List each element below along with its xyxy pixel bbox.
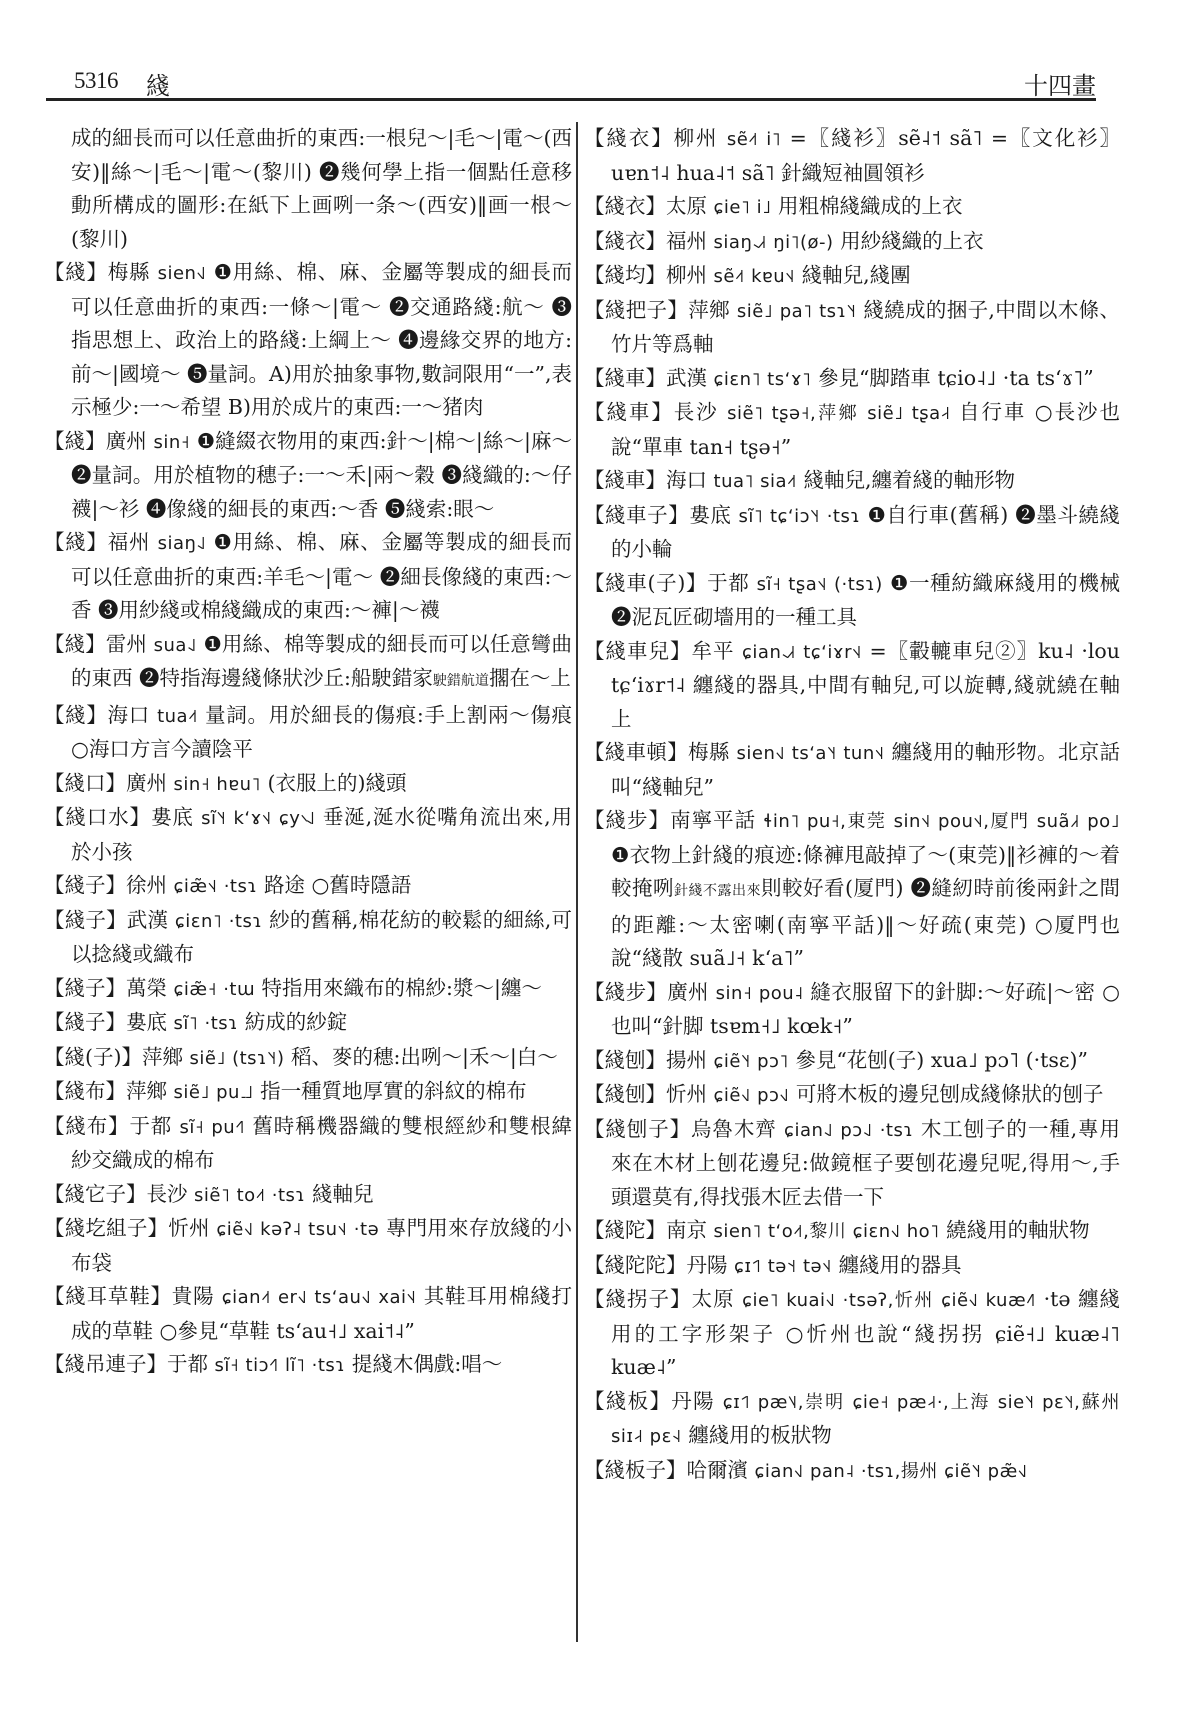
entry-dialect: 忻州 bbox=[666, 1082, 707, 1106]
dictionary-entry: 【綫(子)】萍鄉 siẽ˩ (tsɿ˥˧) 稻、麥的穗:出咧～|禾～|白～ bbox=[44, 1041, 572, 1076]
entry-pronunciation: sin˧ pou˨ bbox=[716, 983, 804, 1004]
entry-pronunciation: siẽ˩ pu˩˩ bbox=[174, 1082, 254, 1103]
entry-dialect: 萍鄉 bbox=[126, 1079, 167, 1103]
entry-headword: 【綫衣】 bbox=[584, 126, 674, 150]
entry-dialect: 福州 bbox=[108, 530, 151, 554]
entry-dialect: 婁底 bbox=[151, 805, 194, 829]
entry-headword: 【綫口】 bbox=[44, 771, 126, 795]
entry-pronunciation: siaŋ˨˩ bbox=[158, 533, 207, 554]
entry-definition: 綫軸兒 bbox=[312, 1182, 374, 1206]
entry-dialect: 柳州 bbox=[666, 263, 707, 287]
page-number: 5316 bbox=[74, 68, 118, 94]
entry-definition: 綫軸兒,纏着綫的軸形物 bbox=[803, 468, 1015, 492]
entry-headword: 【綫布】 bbox=[44, 1079, 126, 1103]
dictionary-entry: 【綫步】南寧平話 ɬin˥ pu˧,東莞 sin˦˨ pou˦˨,厦門 suã˩… bbox=[584, 804, 1120, 976]
entry-dialect: 廣州 bbox=[106, 429, 147, 453]
dictionary-entry: 【綫】廣州 sin˧ ❶縫綴衣物用的東西:針～|棉～|絲～|麻～ ❷量詞。用於植… bbox=[44, 425, 572, 527]
entry-headword: 【綫車頓】 bbox=[584, 740, 688, 764]
entry-definition: 可將木板的邊兒刨成綫條狀的刨子 bbox=[796, 1082, 1104, 1106]
entry-definition: 稻、麥的穗:出咧～|禾～|白～ bbox=[291, 1045, 558, 1069]
entry-headword: 【綫子】 bbox=[44, 976, 126, 1000]
entry-dialect: 于都 bbox=[707, 571, 749, 595]
entry-definition: 用粗棉綫織成的上衣 bbox=[778, 194, 963, 218]
entry-pronunciation: ɕɪ˦˥ tə˦˧ tə˦˨ bbox=[734, 1256, 832, 1277]
entry-headword: 【綫子】 bbox=[44, 908, 127, 932]
entry-dialect: 雷州 bbox=[106, 632, 147, 656]
dictionary-entry: 【綫耳草鞋】貴陽 ɕian˨˦ er˧˩ tsʻau˧˩ xai˦˨ 其鞋耳用棉… bbox=[44, 1280, 572, 1348]
entry-pronunciation: sĩ˧ tʂa˦˨ (·tsɿ) bbox=[757, 574, 883, 595]
entry-pronunciation: ɕian˨˦ er˧˩ tsʻau˧˩ xai˦˨ bbox=[222, 1287, 417, 1308]
entry-headword: 【綫步】 bbox=[584, 980, 667, 1004]
entry-definition: 路途 ○舊時隱語 bbox=[264, 873, 411, 897]
entry-dialect: 柳州 bbox=[674, 126, 719, 150]
entry-pronunciation: sĩ˧ tiɔ˧˥ lĩ˥ ·tsɿ bbox=[215, 1355, 346, 1376]
entry-headword: 【綫車兒】 bbox=[584, 639, 692, 663]
entry-pronunciation: siaŋ˨˩˧ ŋi˥(ø-) bbox=[714, 232, 834, 253]
entry-pronunciation: sĩ˥ tɕʻiɔ˥˧ ·tsɿ bbox=[738, 506, 860, 527]
entry-definition: 繞綫用的軸狀物 bbox=[946, 1218, 1090, 1242]
dictionary-entry: 【綫口水】婁底 sĩ˥˧ kʻɤ˦˨ ɕy˦˨˩ 垂涎,涎水從嘴角流出來,用於小… bbox=[44, 801, 572, 869]
dictionary-entry: 【綫車】武漢 ɕiɛn˥ tsʻɤ˥ 參見“脚踏車 tɕio˨˩ ·ta tsʻ… bbox=[584, 362, 1120, 397]
entry-dialect: 萍鄉 bbox=[142, 1045, 183, 1069]
dictionary-entry: 【綫布】萍鄉 siẽ˩ pu˩˩ 指一種質地厚實的斜紋的棉布 bbox=[44, 1075, 572, 1110]
entry-headword: 【綫車】 bbox=[584, 366, 666, 390]
entry-definition: 參見“脚踏車 tɕio˨˩ ·ta tsʻɤ˥” bbox=[818, 366, 1094, 390]
entry-inline-note: 駛錯航道 bbox=[433, 673, 489, 689]
entry-headword: 【綫布】 bbox=[44, 1114, 129, 1138]
dictionary-entry: 【綫車】長沙 siẽ˥ tʂə˧,萍鄉 siẽ˩ tʂa˨˧ 自行車 ○長沙也說… bbox=[584, 396, 1120, 464]
entry-definition: (衣服上的)綫頭 bbox=[267, 771, 406, 795]
entry-pronunciation: tua˥ sia˨˦ bbox=[714, 471, 797, 492]
entry-inline-note: 針綫不露出來 bbox=[674, 883, 761, 899]
entry-pronunciation: sĩ˥ ·tsɿ bbox=[174, 1013, 239, 1034]
entry-headword: 【綫(子)】 bbox=[44, 1045, 142, 1069]
entry-headword: 【綫車子】 bbox=[584, 503, 689, 527]
entry-dialect: 長沙 bbox=[674, 400, 719, 424]
dictionary-entry: 【綫吊連子】于都 sĩ˧ tiɔ˧˥ lĩ˥ ·tsɿ 提綫木偶戲:唱～ bbox=[44, 1348, 572, 1383]
entry-headword: 【綫步】 bbox=[584, 808, 670, 832]
entry-headword: 【綫圪組子】 bbox=[44, 1216, 168, 1240]
entry-definition: 參見“花刨(子) xua˩ pɔ˥ (·tsɛ)” bbox=[795, 1048, 1088, 1072]
entry-definition-tail: 擱在～上 bbox=[489, 666, 571, 690]
entry-headword: 【綫陀】 bbox=[584, 1218, 666, 1242]
entry-dialect: 丹陽 bbox=[687, 1253, 728, 1277]
dictionary-entry: 【綫車子】婁底 sĩ˥ tɕʻiɔ˥˧ ·tsɿ ❶自行車(舊稱) ❷墨斗繞綫的… bbox=[584, 499, 1120, 567]
entry-pronunciation: ɕie˥ kuai˧˩ ·tsəʔ,忻州 ɕiẽ˧˩ kuæ˨˥ bbox=[742, 1290, 1036, 1311]
stroke-count-label: 十四畫 bbox=[1024, 66, 1096, 101]
entry-dialect: 福州 bbox=[666, 229, 707, 253]
entry-dialect: 哈爾濱 bbox=[687, 1458, 749, 1482]
entry-headword: 【綫車(子)】 bbox=[584, 571, 707, 595]
entry-pronunciation: ɕian˨˩ pɔ˨˩ ·tsɿ bbox=[784, 1120, 913, 1141]
entry-dialect: 武漢 bbox=[127, 908, 168, 932]
entry-pronunciation: siẽ˩ pa˥ tsɿ˥˧ bbox=[737, 301, 857, 322]
entry-pronunciation: ɕiæ̃˦˨ ·tsɿ bbox=[174, 876, 258, 897]
entry-continuation: 成的細長而可以任意曲折的東西:一根兒～|毛～|電～(西安)‖絲～|毛～|電～(黎… bbox=[44, 122, 572, 256]
entry-pronunciation: ɕiẽ˧˩ pɔ˧˩ bbox=[714, 1085, 790, 1106]
entry-pronunciation: ɕian˧˩ pan˨ ·tsɿ,揚州 ɕiẽ˥˧ pæ̃˧˩ bbox=[755, 1461, 1028, 1482]
dictionary-entry: 【綫陀陀】丹陽 ɕɪ˦˥ tə˦˧ tə˦˨ 纏綫用的器具 bbox=[584, 1249, 1120, 1284]
entry-pronunciation: sien˥ tʻo˨˦,黎川 ɕiɛn˧˩ ho˥ bbox=[714, 1221, 940, 1242]
dictionary-entry: 【綫口】廣州 sin˧ hɐu˥ (衣服上的)綫頭 bbox=[44, 767, 572, 802]
entry-pronunciation: sien˧˩ bbox=[158, 263, 207, 284]
entry-pronunciation: siẽ˥ to˨˦ ·tsɿ bbox=[194, 1185, 305, 1206]
entry-dialect: 婁底 bbox=[689, 503, 731, 527]
entry-dialect: 萬榮 bbox=[126, 976, 167, 1000]
entry-headword: 【綫子】 bbox=[44, 1010, 126, 1034]
entry-pronunciation: sin˧ bbox=[153, 432, 190, 453]
entry-headword: 【綫耳草鞋】 bbox=[44, 1284, 172, 1308]
entry-dialect: 海口 bbox=[666, 468, 707, 492]
column-divider bbox=[576, 122, 578, 1642]
entry-dialect: 萍鄉 bbox=[688, 298, 730, 322]
dictionary-entry: 【綫板】丹陽 ɕɪ˦˥ pæ˥˨,崇明 ɕie˧ pæ˨˧·,上海 sie˥˧ … bbox=[584, 1385, 1120, 1454]
dictionary-entry: 【綫子】徐州 ɕiæ̃˦˨ ·tsɿ 路途 ○舊時隱語 bbox=[44, 869, 572, 904]
dictionary-entry: 【綫刨子】烏魯木齊 ɕian˨˩ pɔ˨˩ ·tsɿ 木工刨子的一種,專用來在木… bbox=[584, 1113, 1120, 1215]
entry-dialect: 婁底 bbox=[126, 1010, 167, 1034]
entry-headword: 【綫車】 bbox=[584, 468, 666, 492]
entry-pronunciation: sẽ˨˦ kɐu˦˨ bbox=[714, 266, 796, 287]
entry-dialect: 太原 bbox=[692, 1287, 735, 1311]
entry-dialect: 廣州 bbox=[667, 980, 709, 1004]
entry-pronunciation: sẽ˨˦ i˥ bbox=[727, 129, 781, 150]
entry-headword: 【綫】 bbox=[44, 632, 106, 656]
entry-definition: 綫軸兒,綫團 bbox=[802, 263, 911, 287]
entry-dialect: 海口 bbox=[108, 703, 150, 727]
entry-headword: 【綫刨子】 bbox=[584, 1117, 691, 1141]
entry-headword: 【綫把子】 bbox=[584, 298, 688, 322]
dictionary-entry: 【綫陀】南京 sien˥ tʻo˨˦,黎川 ɕiɛn˧˩ ho˥ 繞綫用的軸狀物 bbox=[584, 1214, 1120, 1249]
dictionary-entry: 【綫】福州 siaŋ˨˩ ❶用絲、棉、麻、金屬等製成的細長而可以任意曲折的東西:… bbox=[44, 526, 572, 628]
dictionary-entry: 【綫子】婁底 sĩ˥ ·tsɿ 紡成的紗錠 bbox=[44, 1006, 572, 1041]
entry-pronunciation: ɕiɛn˥ ·tsɿ bbox=[175, 911, 263, 932]
entry-definition: 特指用來織布的棉紗:漿～|纏～ bbox=[262, 976, 542, 1000]
entry-definition: 纏綫用的板狀物 bbox=[688, 1423, 832, 1447]
entry-dialect: 梅縣 bbox=[688, 740, 730, 764]
entry-dialect: 廣州 bbox=[126, 771, 167, 795]
entry-pronunciation: sien˧˩ tsʻa˥˧ tun˦˨ bbox=[737, 743, 885, 764]
entry-dialect: 丹陽 bbox=[671, 1389, 715, 1413]
entry-definition: 用紗綫織的上衣 bbox=[840, 229, 984, 253]
dictionary-entry: 【綫車頓】梅縣 sien˧˩ tsʻa˥˧ tun˦˨ 纏綫用的軸形物。北京話叫… bbox=[584, 736, 1120, 804]
dictionary-entry: 【綫子】武漢 ɕiɛn˥ ·tsɿ 紗的舊稱,棉花紡的較鬆的細絲,可以捻綫或織布 bbox=[44, 904, 572, 972]
entry-headword: 【綫刨】 bbox=[584, 1082, 666, 1106]
entry-pronunciation: ɕiẽ˧˩ kəʔ˨ tsu˦˨ ·tə bbox=[216, 1219, 379, 1240]
entry-definition: 纏綫用的器具 bbox=[839, 1253, 962, 1277]
entry-headword: 【綫衣】 bbox=[584, 194, 666, 218]
entry-headword: 【綫板子】 bbox=[584, 1458, 687, 1482]
dictionary-entry: 【綫刨】忻州 ɕiẽ˧˩ pɔ˧˩ 可將木板的邊兒刨成綫條狀的刨子 bbox=[584, 1078, 1120, 1113]
entry-dialect: 南寧平話 bbox=[670, 808, 756, 832]
entry-definition: 紡成的紗錠 bbox=[245, 1010, 348, 1034]
entry-pronunciation: sin˧ hɐu˥ bbox=[174, 774, 261, 795]
entry-headword: 【綫】 bbox=[44, 429, 106, 453]
entry-headword: 【綫口水】 bbox=[44, 805, 151, 829]
dictionary-entry: 【綫車】海口 tua˥ sia˨˦ 綫軸兒,纏着綫的軸形物 bbox=[584, 464, 1120, 499]
entry-headword: 【綫】 bbox=[44, 530, 108, 554]
dictionary-entry: 【綫】雷州 sua˨˩ ❶用絲、棉等製成的細長而可以任意彎曲的東西 ❷特指海邊綫… bbox=[44, 628, 572, 699]
entry-pronunciation: siẽ˩ (tsɿ˥˧) bbox=[190, 1048, 285, 1069]
entry-headword: 【綫拐子】 bbox=[584, 1287, 692, 1311]
entry-dialect: 南京 bbox=[666, 1218, 707, 1242]
dictionary-entry: 【綫車兒】牟平 ɕian˨˩˧ tɕʻiɤr˦˨ =〖轂轆車兒②〗ku˨ ·lo… bbox=[584, 635, 1120, 737]
entry-pronunciation: sĩ˥˧ kʻɤ˦˨ ɕy˦˨˩ bbox=[201, 808, 315, 829]
entry-headword: 【綫陀陀】 bbox=[584, 1253, 687, 1277]
entry-headword: 【綫】 bbox=[44, 703, 108, 727]
dictionary-entry: 【綫板子】哈爾濱 ɕian˧˩ pan˨ ·tsɿ,揚州 ɕiẽ˥˧ pæ̃˧˩ bbox=[584, 1454, 1120, 1489]
entry-pronunciation: ɬin˥ pu˧,東莞 sin˦˨ pou˦˨,厦門 suã˩˧ po˩ bbox=[764, 811, 1120, 832]
entry-dialect: 于都 bbox=[167, 1352, 208, 1376]
entry-headword: 【綫它子】 bbox=[44, 1182, 147, 1206]
entry-definition: ❶縫綴衣物用的東西:針～|棉～|絲～|麻～ ❷量詞。用於植物的穗子:一～禾|兩～… bbox=[71, 429, 572, 521]
entry-pronunciation: sua˨˩ bbox=[154, 635, 197, 656]
entry-headword: 【綫板】 bbox=[584, 1389, 671, 1413]
dictionary-entry: 【綫車(子)】于都 sĩ˧ tʂa˦˨ (·tsɿ) ❶一種紡織麻綫用的機械 ❷… bbox=[584, 567, 1120, 635]
entry-dialect: 烏魯木齊 bbox=[691, 1117, 777, 1141]
dictionary-entry: 【綫子】萬榮 ɕiæ̃˧ ·tɯ 特指用來織布的棉紗:漿～|纏～ bbox=[44, 972, 572, 1007]
right-column: 【綫衣】柳州 sẽ˨˦ i˥ =〖綫衫〗sẽ˨˦ sã˥ =〖文化衫〗uɐn˦˨… bbox=[584, 122, 1120, 1488]
entry-pronunciation: ɕian˨˩˧ tɕʻiɤr˦˨ bbox=[742, 642, 862, 663]
entry-definition: 提綫木偶戲:唱～ bbox=[352, 1352, 502, 1376]
entry-dialect: 武漢 bbox=[666, 366, 707, 390]
entry-headword: 【綫吊連子】 bbox=[44, 1352, 167, 1376]
dictionary-entry: 【綫】海口 tua˨˦ 量詞。用於細長的傷痕:手上割兩～傷痕 ○海口方言今讀陰平 bbox=[44, 699, 572, 767]
dictionary-entry: 【綫拐子】太原 ɕie˥ kuai˧˩ ·tsəʔ,忻州 ɕiẽ˧˩ kuæ˨˥… bbox=[584, 1283, 1120, 1385]
entry-dialect: 牟平 bbox=[692, 639, 735, 663]
entry-dialect: 于都 bbox=[129, 1114, 172, 1138]
entry-pronunciation: tua˨˦ bbox=[157, 706, 198, 727]
dictionary-entry: 【綫步】廣州 sin˧ pou˨ 縫衣服留下的針脚:～好疏|～密 ○也叫“針脚 … bbox=[584, 976, 1120, 1044]
running-head-character: 綫 bbox=[146, 66, 170, 101]
entry-headword: 【綫】 bbox=[44, 260, 108, 284]
dictionary-entry: 【綫衣】柳州 sẽ˨˦ i˥ =〖綫衫〗sẽ˨˦ sã˥ =〖文化衫〗uɐn˦˨… bbox=[584, 122, 1120, 190]
entry-pronunciation: ɕiæ̃˧ ·tɯ bbox=[174, 979, 255, 1000]
dictionary-entry: 【綫衣】太原 ɕie˥ i˩ 用粗棉綫織成的上衣 bbox=[584, 190, 1120, 225]
entry-dialect: 徐州 bbox=[126, 873, 167, 897]
entry-dialect: 忻州 bbox=[168, 1216, 209, 1240]
dictionary-entry: 【綫】梅縣 sien˧˩ ❶用絲、棉、麻、金屬等製成的細長而可以任意曲折的東西:… bbox=[44, 256, 572, 425]
entry-headword: 【綫刨】 bbox=[584, 1048, 666, 1072]
entry-headword: 【綫子】 bbox=[44, 873, 126, 897]
entry-dialect: 梅縣 bbox=[108, 260, 151, 284]
page-header: 5316 綫 十四畫 bbox=[46, 62, 1096, 102]
dictionary-entry: 【綫布】于都 sĩ˧ pu˧˥ 舊時稱機器織的雙根經紗和雙根緯紗交織成的棉布 bbox=[44, 1110, 572, 1178]
entry-dialect: 長沙 bbox=[147, 1182, 188, 1206]
entry-dialect: 揚州 bbox=[666, 1048, 707, 1072]
entry-headword: 【綫車】 bbox=[584, 400, 674, 424]
header-rule bbox=[46, 98, 1096, 101]
entry-dialect: 太原 bbox=[666, 194, 707, 218]
dictionary-entry: 【綫衣】福州 siaŋ˨˩˧ ŋi˥(ø-) 用紗綫織的上衣 bbox=[584, 225, 1120, 260]
dictionary-entry: 【綫刨】揚州 ɕiẽ˥˧ pɔ˥ 參見“花刨(子) xua˩ pɔ˥ (·tsɛ… bbox=[584, 1044, 1120, 1079]
left-column: 成的細長而可以任意曲折的東西:一根兒～|毛～|電～(西安)‖絲～|毛～|電～(黎… bbox=[44, 122, 572, 1383]
entry-pronunciation: ɕiɛn˥ tsʻɤ˥ bbox=[714, 369, 812, 390]
entry-dialect: 貴陽 bbox=[172, 1284, 215, 1308]
entry-definition: 指一種質地厚實的斜紋的棉布 bbox=[260, 1079, 527, 1103]
dictionary-entry: 【綫均】柳州 sẽ˨˦ kɐu˦˨ 綫軸兒,綫團 bbox=[584, 259, 1120, 294]
entry-pronunciation: ɕiẽ˥˧ pɔ˥ bbox=[714, 1051, 789, 1072]
dictionary-entry: 【綫圪組子】忻州 ɕiẽ˧˩ kəʔ˨ tsu˦˨ ·tə 專門用來存放綫的小布… bbox=[44, 1212, 572, 1280]
entry-pronunciation: siẽ˥ tʂə˧,萍鄉 siẽ˩ tʂa˨˧ bbox=[727, 403, 950, 424]
dictionary-entry: 【綫把子】萍鄉 siẽ˩ pa˥ tsɿ˥˧ 綫繞成的捆子,中間以木條、竹片等爲… bbox=[584, 294, 1120, 362]
entry-headword: 【綫均】 bbox=[584, 263, 666, 287]
entry-headword: 【綫衣】 bbox=[584, 229, 666, 253]
dictionary-entry: 【綫它子】長沙 siẽ˥ to˨˦ ·tsɿ 綫軸兒 bbox=[44, 1178, 572, 1213]
entry-pronunciation: sĩ˧ pu˧˥ bbox=[180, 1117, 246, 1138]
entry-pronunciation: ɕie˥ i˩ bbox=[714, 197, 772, 218]
